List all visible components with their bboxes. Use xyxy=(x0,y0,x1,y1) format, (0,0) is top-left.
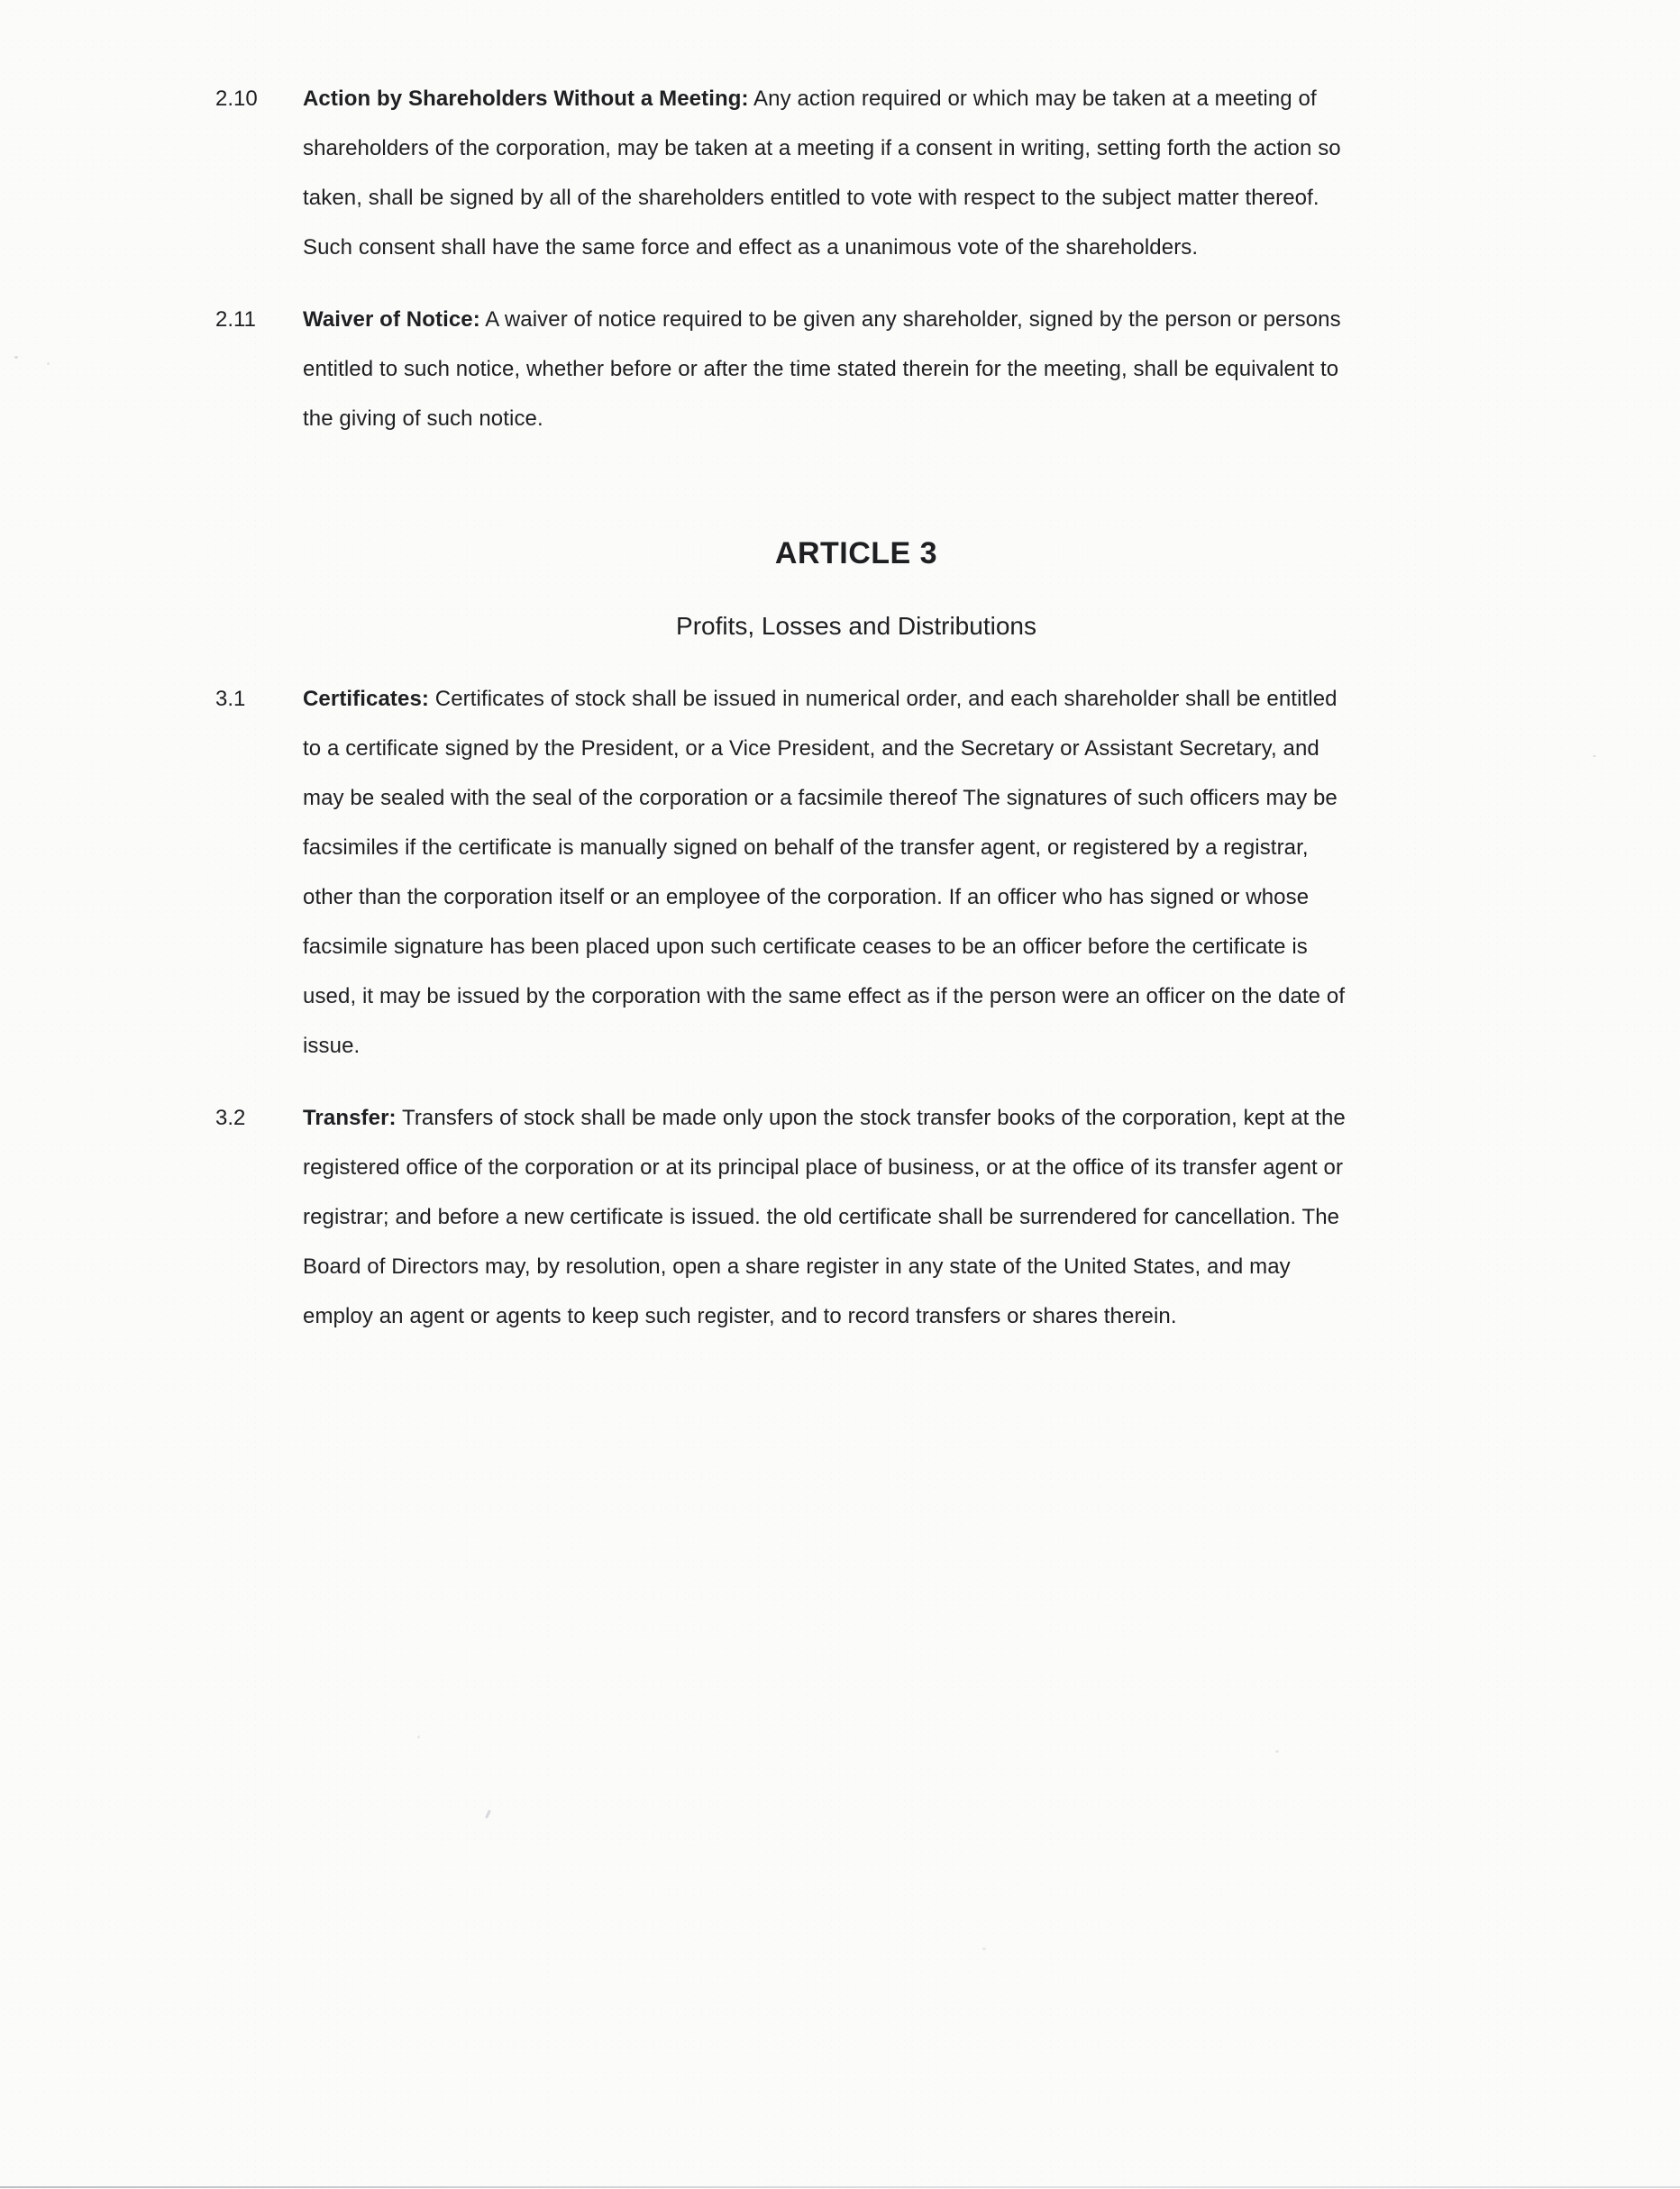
scanned-document-page: 2.10 Action by Shareholders Without a Me… xyxy=(0,0,1680,2189)
scan-speckle xyxy=(47,362,50,365)
section-paragraph: Certificates: Certificates of stock shal… xyxy=(303,674,1619,1071)
section-3-1: 3.1 Certificates: Certificates of stock … xyxy=(215,674,1680,1071)
scan-speckle xyxy=(14,356,18,359)
scan-speckle xyxy=(1275,1750,1279,1753)
page-bottom-edge xyxy=(0,2186,1680,2188)
article-heading-block: ARTICLE 3 Profits, Losses and Distributi… xyxy=(0,529,1680,651)
section-number: 3.2 xyxy=(215,1093,303,1341)
section-2-11: 2.11 Waiver of Notice: A waiver of notic… xyxy=(215,295,1680,443)
section-3-2: 3.2 Transfer: Transfers of stock shall b… xyxy=(215,1093,1680,1341)
section-title: Certificates: xyxy=(303,687,429,711)
scan-speckle xyxy=(417,1736,420,1738)
section-title: Waiver of Notice: xyxy=(303,307,480,332)
section-number: 3.1 xyxy=(215,674,303,1071)
section-2-10: 2.10 Action by Shareholders Without a Me… xyxy=(215,74,1680,272)
scan-speckle xyxy=(485,1810,491,1819)
section-paragraph: Action by Shareholders Without a Meeting… xyxy=(303,74,1619,272)
section-body: Any action required or which may be take… xyxy=(303,87,1341,260)
article-subtitle: Profits, Losses and Distributions xyxy=(32,601,1680,651)
scan-speckle xyxy=(982,1947,986,1950)
article-heading: ARTICLE 3 xyxy=(32,529,1680,579)
section-paragraph: Transfer: Transfers of stock shall be ma… xyxy=(303,1093,1619,1341)
section-title: Transfer: xyxy=(303,1106,397,1130)
section-title: Action by Shareholders Without a Meeting… xyxy=(303,87,749,111)
scan-speckle xyxy=(1593,755,1596,757)
section-body: Transfers of stock shall be made only up… xyxy=(303,1106,1346,1328)
section-number: 2.10 xyxy=(215,74,303,272)
section-number: 2.11 xyxy=(215,295,303,443)
section-body: Certificates of stock shall be issued in… xyxy=(303,687,1345,1058)
section-paragraph: Waiver of Notice: A waiver of notice req… xyxy=(303,295,1619,443)
